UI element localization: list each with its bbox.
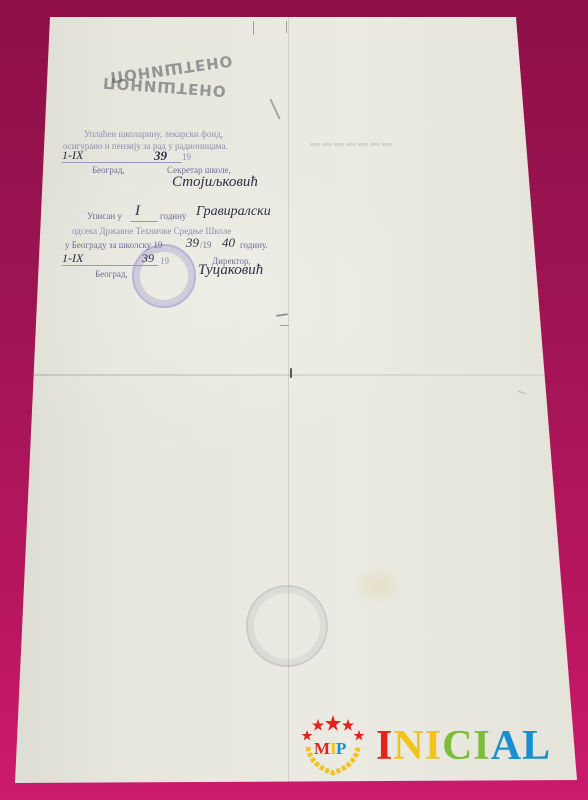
ink-dash-mark	[276, 313, 288, 317]
school-name-line: одсека Државне Техничке Средње Школе	[72, 226, 231, 236]
svg-text:P: P	[336, 739, 346, 758]
brand-letter: I	[425, 725, 442, 767]
mip-emblem: M I P	[300, 713, 366, 779]
vertical-fold-line	[288, 17, 289, 782]
enrolled-prefix: Уписан у	[87, 211, 122, 221]
fold-crease-mark	[290, 368, 292, 378]
brand-letter: I	[376, 725, 393, 767]
director-signature: Туцаковић	[198, 262, 263, 279]
pencil-mark	[269, 99, 280, 120]
handwritten-grade: I	[135, 203, 140, 220]
brand-letter: C	[442, 725, 473, 767]
school-year-prefix: у Београду за школску 19	[65, 240, 162, 250]
year-prefix: 19	[182, 152, 191, 162]
handwritten-year-end: 40	[222, 235, 235, 251]
faint-round-stamp	[246, 585, 328, 667]
show-through-text: ▬▬▬▬▬▬▬	[310, 138, 394, 149]
ink-dash-mark	[280, 325, 289, 326]
handwritten-year: 39	[142, 251, 154, 266]
fee-paid-line-2: осигурано и пензију за рад у радионицама…	[63, 141, 228, 151]
svg-text:M: M	[314, 739, 330, 758]
edge-tear-mark	[286, 21, 287, 33]
handwritten-year: 39	[154, 148, 167, 164]
laurel-stars-icon: M I P	[300, 713, 366, 779]
handwritten-year-start: 39	[186, 235, 199, 251]
place-label: Београд,	[95, 269, 128, 279]
inicial-brand-text: INICIAL	[376, 725, 551, 767]
school-year-suffix: годину.	[240, 240, 268, 250]
edge-tear-mark	[253, 21, 254, 35]
brand-letter: A	[491, 725, 522, 767]
grade-suffix: годину	[160, 211, 186, 221]
document-paper: ▬▬▬▬▬▬▬ ПОНИШТЕНО ПОНИШТЕНО Уплаћен школ…	[0, 0, 588, 800]
year-separator: /19	[200, 240, 212, 250]
grade-underline	[130, 221, 158, 222]
handwritten-program: Гравиралски	[196, 204, 271, 220]
brand-letter: L	[522, 725, 551, 767]
handwritten-date: 1-IX	[62, 148, 83, 163]
fee-paid-line-1: Уплаћен школарину, лекарски фонд,	[84, 129, 223, 139]
pencil-mark	[518, 391, 526, 395]
inicial-watermark: M I P INICIAL	[300, 713, 551, 779]
place-label: Београд,	[92, 165, 125, 175]
brand-letter: N	[393, 725, 424, 767]
secretary-signature: Стојиљковић	[172, 174, 258, 191]
brand-letter: I	[473, 725, 490, 767]
year-prefix: 19	[160, 256, 169, 266]
horizontal-fold-line	[30, 374, 565, 376]
canceled-stamp: ПОНИШТЕНО	[103, 74, 228, 101]
handwritten-date: 1-IX	[62, 251, 83, 266]
